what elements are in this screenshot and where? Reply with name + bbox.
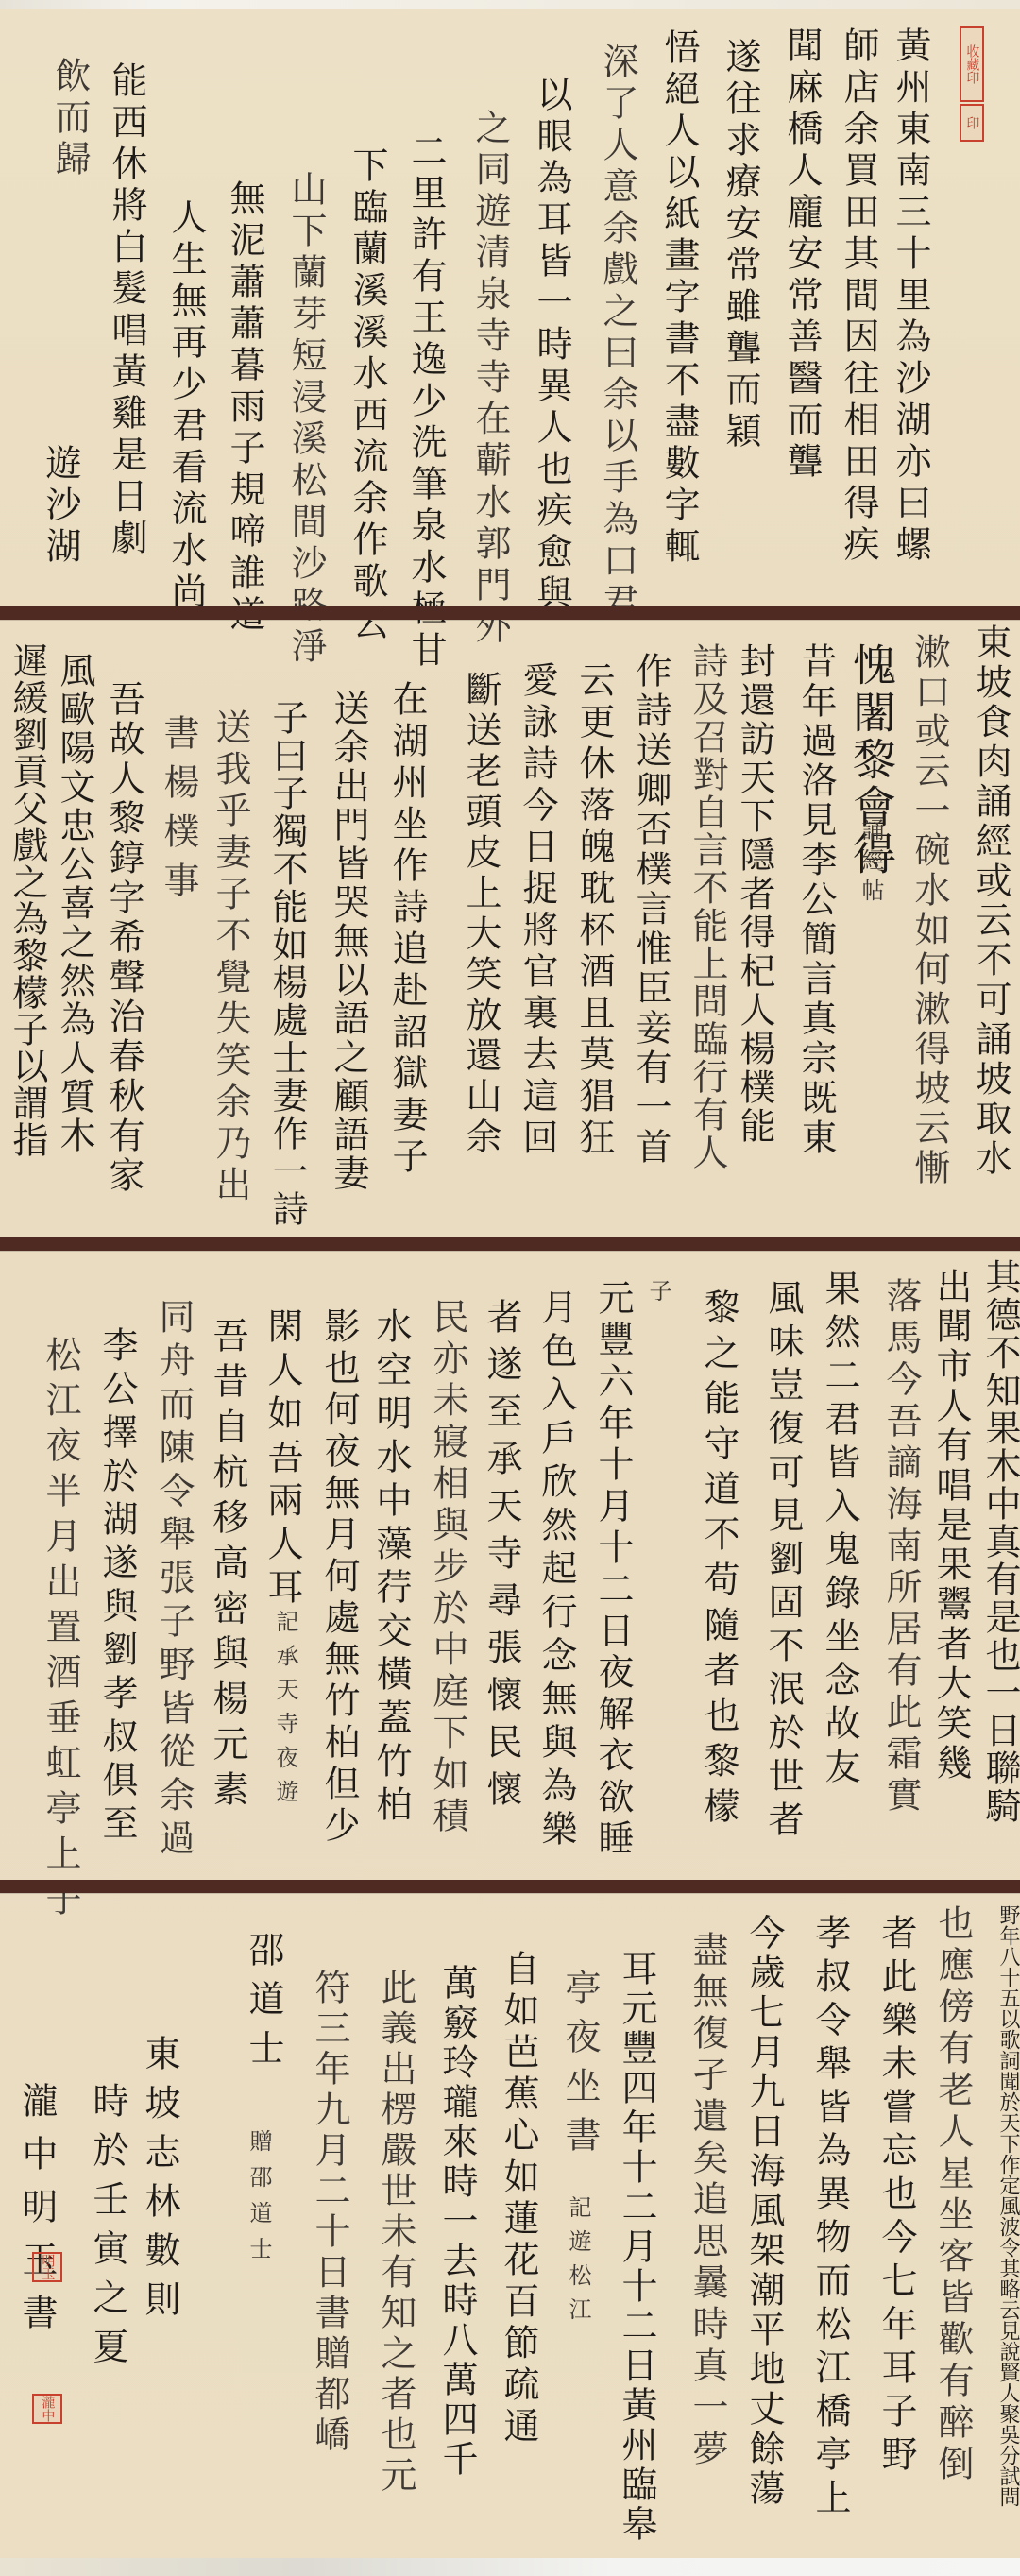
text-column: 黎之能守道不苟隨者也黎檬 <box>701 1288 737 1833</box>
text-column: 斷送老頭皮上大笑放還山余 <box>463 671 499 1158</box>
text-column: 風歐陽文忠公喜之然為人質木 <box>57 652 93 1155</box>
text-column: 子 <box>647 1279 670 1309</box>
text-column: 民亦未寢相與步於中庭下如積 <box>430 1298 466 1838</box>
text-column: 遲緩劉貢父戲之為黎檬子以謂指 <box>9 642 45 1158</box>
text-column: 邵道士 <box>246 1931 281 2078</box>
text-column: 以眼為耳皆一時異人也疾愈與 <box>534 76 569 616</box>
text-column: 盡無復孑遺矣追思曩時真一夢 <box>689 1931 725 2471</box>
text-column: 封還訪天下隱者得杞人楊樸能 <box>737 642 773 1146</box>
section-title: 贈邵道士 <box>247 2129 270 2273</box>
text-column: 吾昔自杭移高密與楊元素 <box>210 1317 246 1816</box>
text-column: 東坡食肉誦經或云不可誦坡取水 <box>973 623 1009 1179</box>
colophon-line: 東坡志林數則 <box>142 2035 178 2329</box>
text-column: 飲而歸 <box>52 57 88 181</box>
text-column: 遂往求療安常雖聾而穎 <box>722 38 758 453</box>
text-column: 云更休落魄耽杯酒且莫猖狂 <box>576 661 612 1160</box>
panel-1: 收藏印 印 黃州東南三十里為沙湖亦曰螺 師店余買田其間因往相田得疾 聞麻橋人龐安… <box>0 9 1020 606</box>
text-column: 能西休將白髮唱黃雞是日劇 <box>109 61 144 560</box>
text-column: 在湖州坐作詩追赴詔獄妻子 <box>389 680 425 1179</box>
text-column: 影也何夜無月何處無竹柏但少 <box>321 1307 357 1848</box>
text-column: 二里許有王逸少洗筆泉水極甘 <box>408 132 444 673</box>
collector-seal-large: 收藏印 <box>960 26 984 102</box>
mounting-band <box>0 606 1020 620</box>
text-column: 山下蘭芽短浸溪松間沙路淨 <box>288 170 324 669</box>
text-column: 野年八十五以歌詞聞於天下作定風波令其略云見說賢人聚吳分試問 <box>997 1904 1018 2507</box>
text-column: 漱口或云一碗水如何漱得坡云慚 <box>911 633 947 1188</box>
text-column: 也應傍有老人星坐客皆歡有醉倒 <box>935 1904 971 2486</box>
text-column: 詩及召對自言不能上問臨行有人 <box>689 642 725 1171</box>
text-column: 送我乎妻子不覺失笑余乃出 <box>212 708 248 1207</box>
text-column: 者遂至承天寺尋張懷民懷 <box>484 1298 519 1817</box>
collector-seal-small: 印 <box>960 104 984 142</box>
text-column: 李公擇於湖遂與劉孝叔俱至 <box>99 1326 135 1848</box>
text-column: 今歲七月九日海風架潮平地丈餘蕩 <box>746 1914 782 2509</box>
text-column: 松江夜半月出置酒垂虹亭上子 <box>42 1336 78 1925</box>
text-column: 水空明水中藻荇交橫蓋竹柏 <box>373 1307 409 1829</box>
text-column: 月色入戶欣然起行念無與為樂 <box>538 1288 574 1853</box>
bottom-edge-strip <box>0 2558 1020 2576</box>
artist-signature: 瀧中明玉書 <box>19 2082 55 2346</box>
section-title: 書楊樸事 <box>161 714 196 911</box>
text-column: 孝叔令舉皆為異物而松江橋亭上 <box>812 1914 848 2522</box>
text-column: 昔年過洛見李公簡言真宗既東 <box>798 642 834 1158</box>
text-column: 亭夜坐書 <box>562 1969 598 2165</box>
text-column: 子曰子獨不能如楊處士妻作一詩 <box>269 699 305 1228</box>
text-column: 下臨蘭溪溪水西流余作歌云 <box>349 146 385 645</box>
colophon-line: 時於壬寅之夏 <box>90 2082 126 2377</box>
artist-seal: 明玉 <box>32 2252 62 2282</box>
text-column: 其德不知果木中真有是也一日聯騎 <box>982 1258 1018 1825</box>
text-column: 自如芭蕉心如蓮花百節疏通 <box>501 1950 536 2448</box>
text-column: 落馬今吾謫海南所居有此霜實 <box>883 1277 919 1817</box>
text-column: 耳元豐四年十二月十二日黃州臨皋 <box>619 1950 654 2545</box>
text-column: 聞麻橋人龐安常善醫而聾 <box>784 26 820 484</box>
text-column: 吾故人黎錞字希聲治春秋有家 <box>106 680 142 1196</box>
text-column: 黃州東南三十里為沙湖亦曰螺 <box>892 26 928 567</box>
mounting-band <box>0 1880 1020 1893</box>
text-column: 此義出楞嚴世未有知之者也元 <box>378 1969 414 2497</box>
text-column: 人生無再少君看流水尚 <box>168 198 204 614</box>
text-column: 之同遊清泉寺寺在蘄水郭門外 <box>472 109 508 649</box>
text-column: 送余出門皆哭無以語之顧語妻 <box>331 690 366 1193</box>
top-edge-strip <box>0 0 1020 9</box>
text-column: 者此樂未嘗忘也今七年耳子野 <box>878 1914 914 2479</box>
text-column: 閑人如吾兩人耳 <box>264 1307 300 1612</box>
text-column: 萬竅玲瓏來時一去時八萬四千 <box>439 1964 475 2480</box>
artist-seal: 瀧中 <box>32 2394 62 2424</box>
section-title: 誦經帖 <box>859 818 882 909</box>
panel-4: 野年八十五以歌詞聞於天下作定風波令其略云見說賢人聚吳分試問 也應傍有老人星坐客皆… <box>0 1893 1020 2558</box>
section-title: 記承天寺夜遊 <box>274 1610 297 1814</box>
text-column: 元豐六年十月十二日夜解衣欲睡 <box>595 1279 631 1861</box>
section-title: 記遊松江 <box>567 2195 589 2331</box>
text-column: 愛詠詩今日捉將官裏去這回 <box>519 661 555 1160</box>
text-column: 無泥蕭蕭暮雨子規啼誰道 <box>227 179 263 637</box>
text-column: 悟絕人以紙畫字書不盡數字輒 <box>661 28 697 569</box>
calligraphy-scroll: 收藏印 印 黃州東南三十里為沙湖亦曰螺 師店余買田其間因往相田得疾 聞麻橋人龐安… <box>0 0 1020 2576</box>
panel-2: 東坡食肉誦經或云不可誦坡取水 漱口或云一碗水如何漱得坡云慚 愧闍黎會得 誦經帖 … <box>0 620 1020 1237</box>
text-column: 同舟而陳令舉張子野皆從余過 <box>156 1298 192 1863</box>
section-title: 遊沙湖 <box>42 444 78 569</box>
text-column: 深了人意余戲之曰余以手為口君 <box>600 43 636 624</box>
text-column: 師店余買田其間因往相田得疾 <box>841 26 876 567</box>
text-column: 作詩送卿否樸言惟臣妾有一首 <box>633 652 669 1168</box>
text-column: 出聞市人有唱是果鬻者大笑幾 <box>933 1268 969 1783</box>
mounting-band <box>0 1237 1020 1251</box>
text-column: 風味豈復可見劉固不泯於世者 <box>765 1279 801 1844</box>
text-column: 果然二君皆入鬼錄坐念故友 <box>822 1270 858 1791</box>
text-column: 符三年九月二十日書贈都嶠 <box>312 1969 348 2456</box>
panel-3: 其德不知果木中真有是也一日聯騎 出聞市人有唱是果鬻者大笑幾 落馬今吾謫海南所居有… <box>0 1251 1020 1880</box>
